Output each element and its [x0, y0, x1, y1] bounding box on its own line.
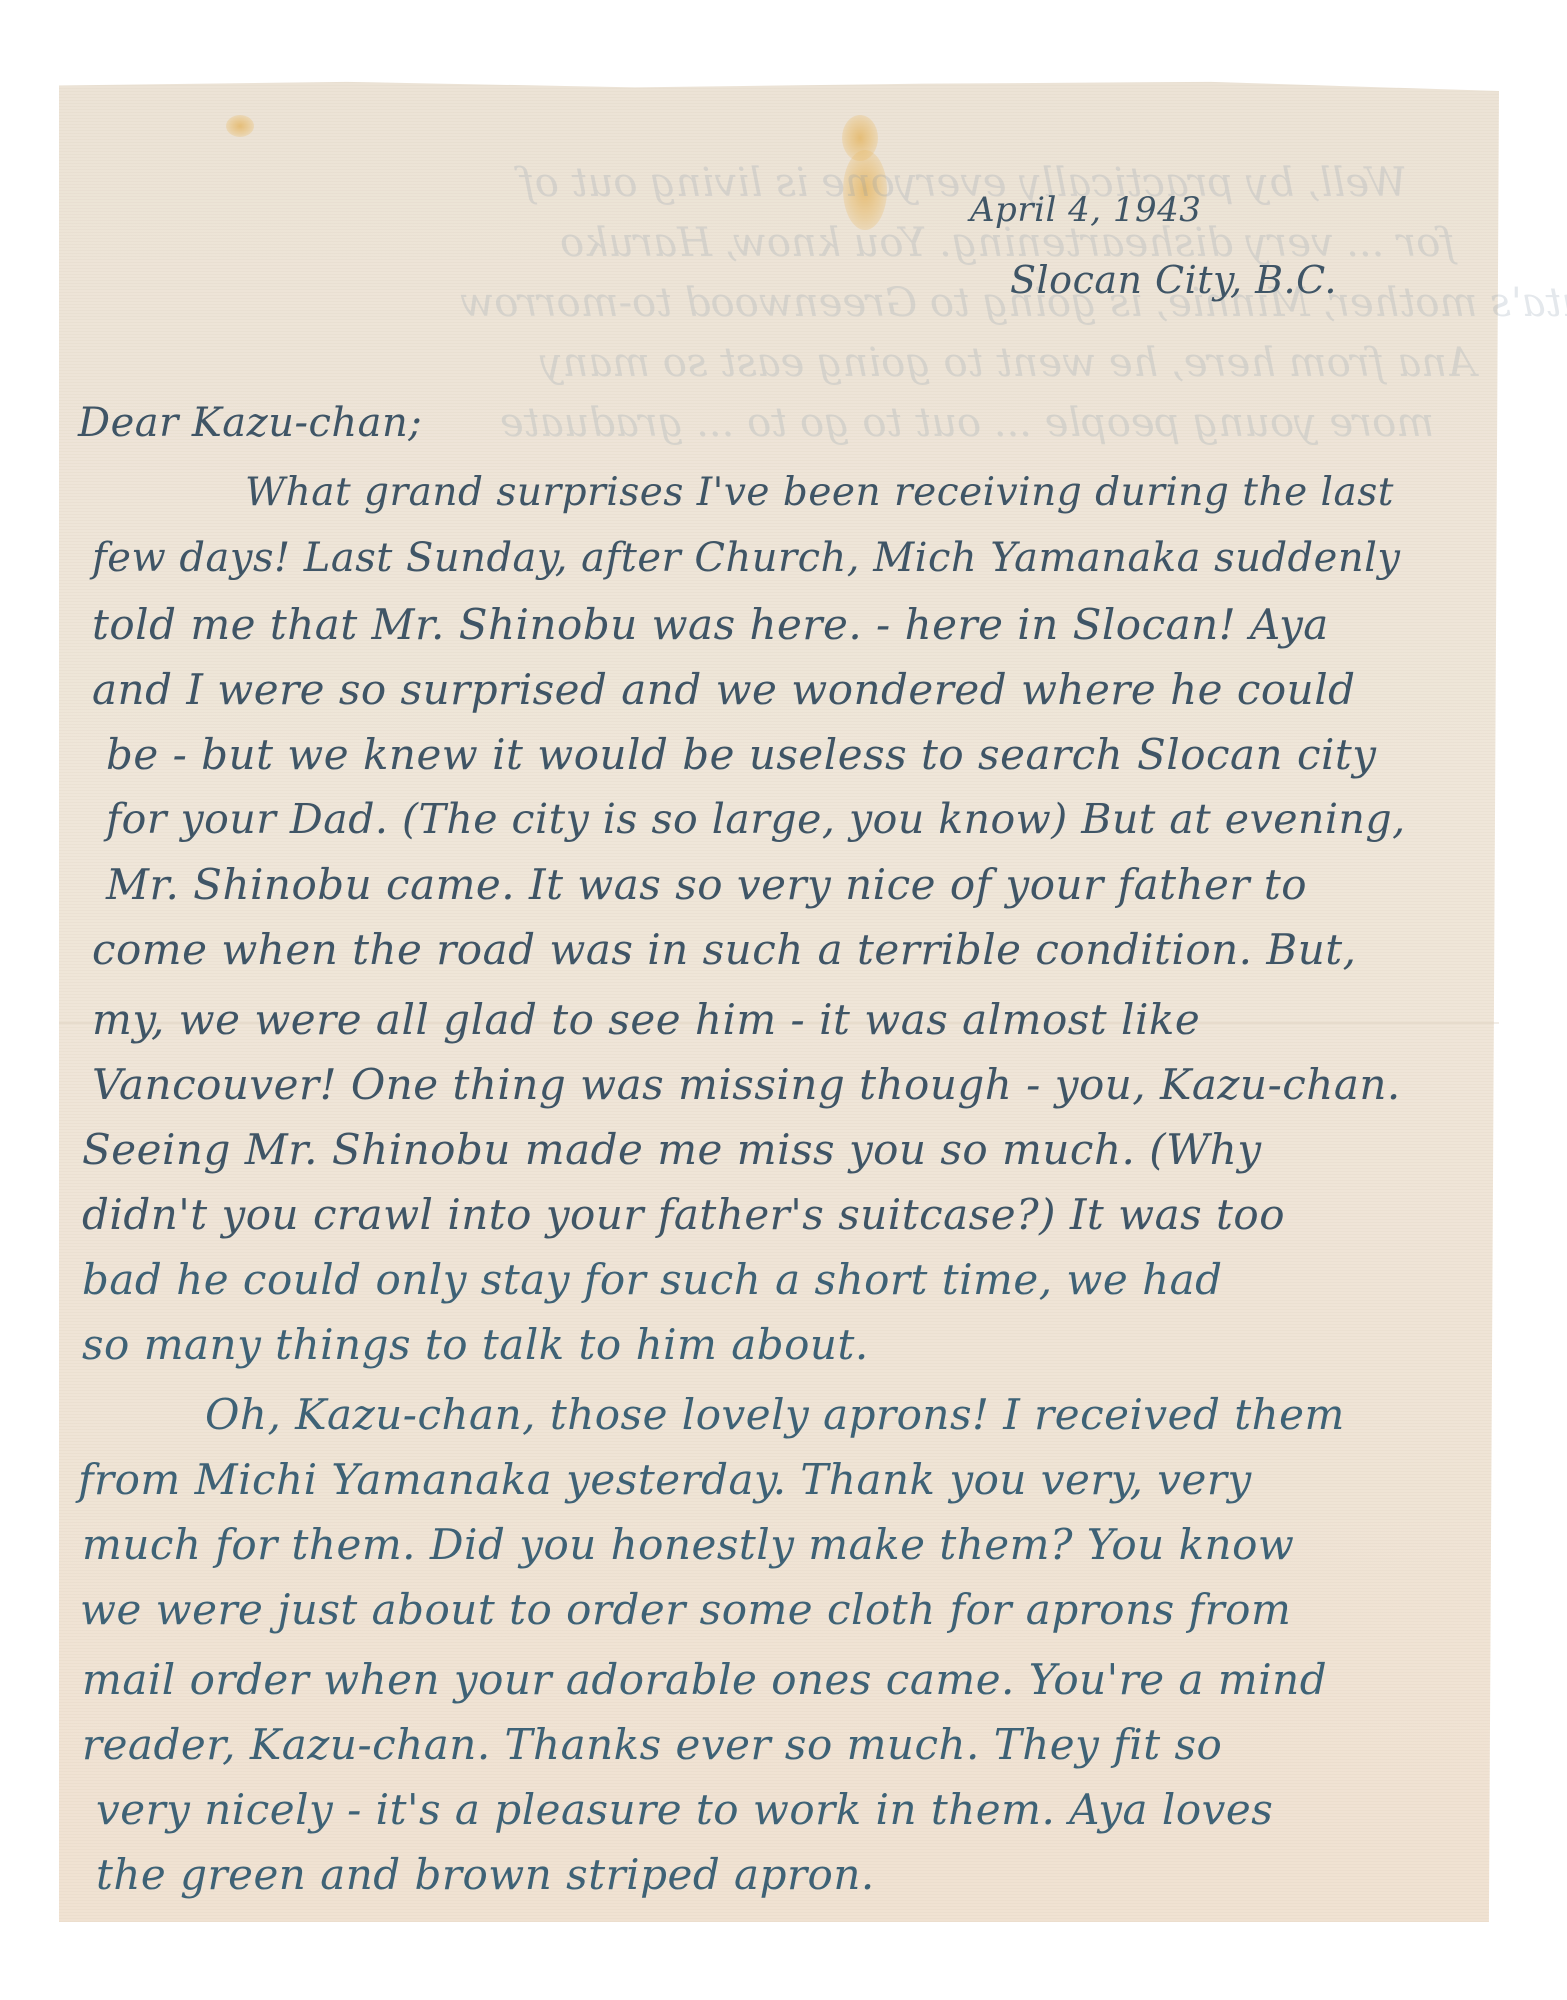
letter-line: didn't you crawl into your father's suit…: [82, 1190, 1285, 1239]
letter-line: much for them. Did you honestly make the…: [82, 1520, 1294, 1569]
letter-line: my, we were all glad to see him - it was…: [92, 995, 1200, 1044]
letter-line: mail order when your adorable ones came.…: [82, 1655, 1327, 1704]
letter-line: very nicely - it's a pleasure to work in…: [96, 1785, 1273, 1834]
salutation: Dear Kazu-chan;: [78, 400, 422, 446]
letter-line: so many things to talk to him about.: [82, 1320, 869, 1369]
letter-line: bad he could only stay for such a short …: [82, 1255, 1223, 1304]
letter-place: Slocan City, B.C.: [1010, 258, 1337, 302]
letter-line: Oh, Kazu-chan, those lovely aprons! I re…: [205, 1390, 1345, 1439]
stain-spot: [226, 115, 254, 137]
letter-line: reader, Kazu-chan. Thanks ever so much. …: [82, 1720, 1222, 1769]
letter-line: for your Dad. (The city is so large, you…: [106, 795, 1406, 843]
letter-line: and I were so surprised and we wondered …: [92, 665, 1356, 714]
letter-line: be - but we knew it would be useless to …: [106, 730, 1377, 779]
letter-line: Vancouver! One thing was missing though …: [92, 1060, 1401, 1109]
letter-line: told me that Mr. Shinobu was here. - her…: [92, 600, 1329, 649]
stain-spot: [843, 150, 887, 230]
letter-date: April 4, 1943: [970, 190, 1201, 230]
letter-line: the green and brown striped apron.: [96, 1850, 875, 1899]
letter-line: we were just about to order some cloth f…: [80, 1585, 1291, 1634]
letter-line: What grand surprises I've been receiving…: [245, 470, 1394, 515]
letter-line: come when the road was in such a terribl…: [92, 925, 1357, 974]
letter-line: few days! Last Sunday, after Church, Mic…: [92, 535, 1400, 581]
letter-line: from Michi Yamanaka yesterday. Thank you…: [78, 1455, 1252, 1504]
letter-line: Seeing Mr. Shinobu made me miss you so m…: [82, 1125, 1262, 1174]
letter-line: Mr. Shinobu came. It was so very nice of…: [106, 860, 1307, 909]
